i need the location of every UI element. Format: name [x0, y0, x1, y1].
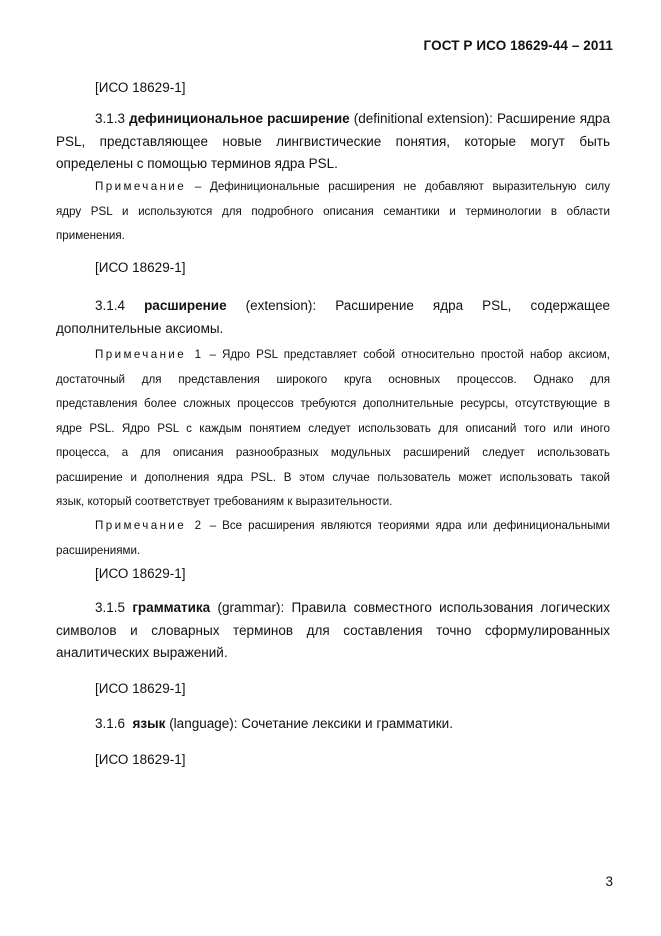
term-3-1-5-line-1: 3.1.5 грамматика (grammar): Правила совм…: [56, 597, 610, 620]
note-line: ядре PSL. Ядро PSL с каждым понятием сле…: [56, 417, 610, 442]
note-line: представления более сложных процессов тр…: [56, 392, 610, 417]
term-title: язык: [133, 716, 166, 731]
reference-iso-18629-1: [ИСО 18629-1]: [95, 566, 185, 581]
note-line: применения.: [56, 224, 610, 249]
note-label: Примечание 2: [95, 519, 203, 532]
term-3-1-6: 3.1.6 язык (language): Сочетание лексики…: [95, 716, 453, 731]
term-number: 3.1.4: [95, 298, 125, 313]
term-english: (grammar):: [217, 600, 284, 615]
note-text: – Дефинициональные расширения не добавля…: [195, 180, 610, 193]
note-text: – Ядро PSL представляет собой относитель…: [210, 348, 610, 361]
note-line: Примечание – Дефинициональные расширения…: [56, 175, 610, 200]
note-line: Примечание 1 – Ядро PSL представляет соб…: [56, 343, 610, 368]
term-3-1-4: 3.1.4 расширение (extension): Расширение…: [56, 295, 610, 340]
term-english: (definitional extension):: [354, 111, 493, 126]
term-3-1-5-line-2: символов и словарных терминов для состав…: [56, 620, 610, 643]
term-text: Сочетание лексики и грамматики.: [241, 716, 453, 731]
reference-iso-18629-1: [ИСО 18629-1]: [95, 681, 185, 696]
note-line: процесса, а для описания разнообразных м…: [56, 441, 610, 466]
note-line: Примечание 2 – Все расширения являются т…: [56, 514, 610, 539]
page-number: 3: [605, 874, 613, 889]
note-line: расширение и дополнения ядра PSL. В этом…: [56, 466, 610, 491]
note-text: – Все расширения являются теориями ядра …: [210, 519, 610, 532]
note-3-1-3: Примечание – Дефинициональные расширения…: [56, 175, 610, 249]
term-text: Расширение ядра: [497, 111, 610, 126]
term-number: 3.1.6: [95, 716, 125, 731]
note-label: Примечание: [95, 180, 186, 193]
term-3-1-4-line-2: дополнительные аксиомы.: [56, 318, 610, 341]
note-1-3-1-4: Примечание 1 – Ядро PSL представляет соб…: [56, 343, 610, 515]
term-number: 3.1.5: [95, 600, 125, 615]
term-title: расширение: [144, 298, 227, 313]
note-line: ядру PSL и используются для подробного о…: [56, 200, 610, 225]
term-english: (language):: [169, 716, 237, 731]
term-3-1-3: 3.1.3 дефинициональное расширение (defin…: [56, 108, 610, 176]
term-text: Расширение ядра PSL, содержащее: [335, 298, 610, 313]
document-header: ГОСТ Р ИСО 18629-44 – 2011: [424, 38, 613, 53]
reference-iso-18629-1: [ИСО 18629-1]: [95, 80, 185, 95]
term-english: (extension):: [246, 298, 317, 313]
term-number: 3.1.3: [95, 111, 125, 126]
term-3-1-3-line-1: 3.1.3 дефинициональное расширение (defin…: [56, 108, 610, 131]
term-text: Правила совместного использования логиче…: [291, 600, 610, 615]
term-title: грамматика: [132, 600, 210, 615]
note-2-3-1-4: Примечание 2 – Все расширения являются т…: [56, 514, 610, 563]
note-line: расширениями.: [56, 539, 610, 564]
term-title: дефинициональное расширение: [129, 111, 350, 126]
term-3-1-3-line-3: определены с помощью терминов ядра PSL.: [56, 153, 610, 176]
reference-iso-18629-1: [ИСО 18629-1]: [95, 260, 185, 275]
note-label: Примечание 1: [95, 348, 203, 361]
reference-iso-18629-1: [ИСО 18629-1]: [95, 752, 185, 767]
term-3-1-5-line-3: аналитических выражений.: [56, 642, 610, 665]
note-line: достаточный для представления широкого к…: [56, 368, 610, 393]
term-3-1-4-line-1: 3.1.4 расширение (extension): Расширение…: [56, 295, 610, 318]
note-line: язык, который соответствует требованиям …: [56, 490, 610, 515]
term-3-1-5: 3.1.5 грамматика (grammar): Правила совм…: [56, 597, 610, 665]
term-3-1-3-line-2: PSL, представляющее новые лингвистически…: [56, 131, 610, 154]
